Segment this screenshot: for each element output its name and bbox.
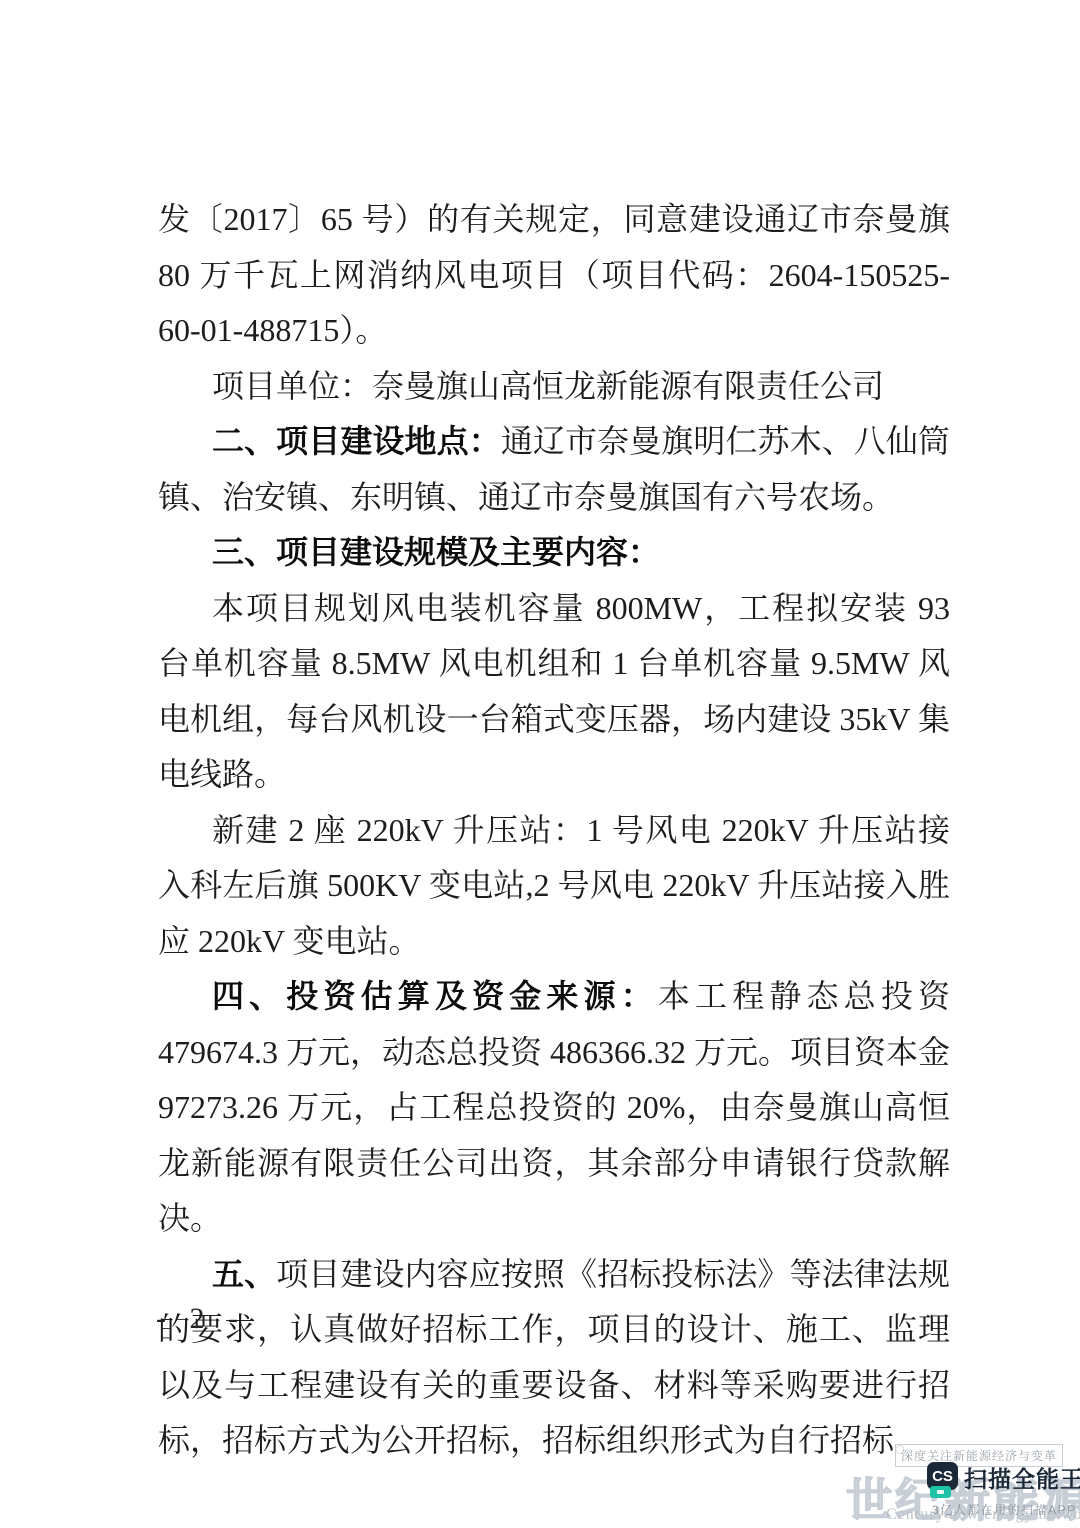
section-heading-text: 三、项目建设规模及主要内容： xyxy=(212,534,660,570)
paragraph: 发〔2017〕65 号）的有关规定，同意建设通辽市奈曼旗 80 万千瓦上网消纳风… xyxy=(158,192,950,359)
document-body: 发〔2017〕65 号）的有关规定，同意建设通辽市奈曼旗 80 万千瓦上网消纳风… xyxy=(158,192,950,1469)
paragraph: 二、项目建设地点：通辽市奈曼旗明仁苏木、八仙筒镇、治安镇、东明镇、通辽市奈曼旗国… xyxy=(158,414,950,525)
app-name: 扫描全能王™ xyxy=(964,1461,1080,1494)
paragraph: 项目单位：奈曼旗山高恒龙新能源有限责任公司 xyxy=(158,359,950,415)
body-text: 本项目规划风电装机容量 800MW，工程拟安装 93 台单机容量 8.5MW 风… xyxy=(158,590,950,793)
section-heading-text: 二、项目建设地点： xyxy=(212,423,501,459)
paragraph: 本项目规划风电装机容量 800MW，工程拟安装 93 台单机容量 8.5MW 风… xyxy=(158,581,950,803)
page-number: - 2 - xyxy=(156,1302,246,1336)
section-heading-text: 五、 xyxy=(212,1256,276,1292)
scanned-document-page: 发〔2017〕65 号）的有关规定，同意建设通辽市奈曼旗 80 万千瓦上网消纳风… xyxy=(0,0,1080,1528)
body-text: 新建 2 座 220kV 升压站：1 号风电 220kV 升压站接入科左后旗 5… xyxy=(158,812,950,959)
body-text: 项目建设内容应按照《招标投标法》等法律法规的要求，认真做好招标工作，项目的设计、… xyxy=(158,1256,950,1459)
body-text: 本工程静态总投资 479674.3 万元，动态总投资 486366.32 万元。… xyxy=(158,978,950,1236)
body-text: 项目单位：奈曼旗山高恒龙新能源有限责任公司 xyxy=(212,368,884,404)
section-heading-text: 四、投资估算及资金来源： xyxy=(212,978,658,1014)
paragraph: 四、投资估算及资金来源：本工程静态总投资 479674.3 万元，动态总投资 4… xyxy=(158,969,950,1247)
paragraph: 三、项目建设规模及主要内容： xyxy=(158,525,950,581)
camscanner-logo-icon: CS xyxy=(927,1462,959,1500)
paragraph: 新建 2 座 220kV 升压站：1 号风电 220kV 升压站接入科左后旗 5… xyxy=(158,803,950,970)
app-tagline: 3亿人都在用的扫描APP xyxy=(932,1501,1077,1518)
app-name-text: 扫描全能王 xyxy=(964,1466,1080,1492)
paragraph: 五、项目建设内容应按照《招标投标法》等法律法规的要求，认真做好招标工作，项目的设… xyxy=(158,1247,950,1469)
body-text: 发〔2017〕65 号）的有关规定，同意建设通辽市奈曼旗 80 万千瓦上网消纳风… xyxy=(158,201,950,348)
camscanner-logo-teal-tab xyxy=(930,1486,951,1498)
